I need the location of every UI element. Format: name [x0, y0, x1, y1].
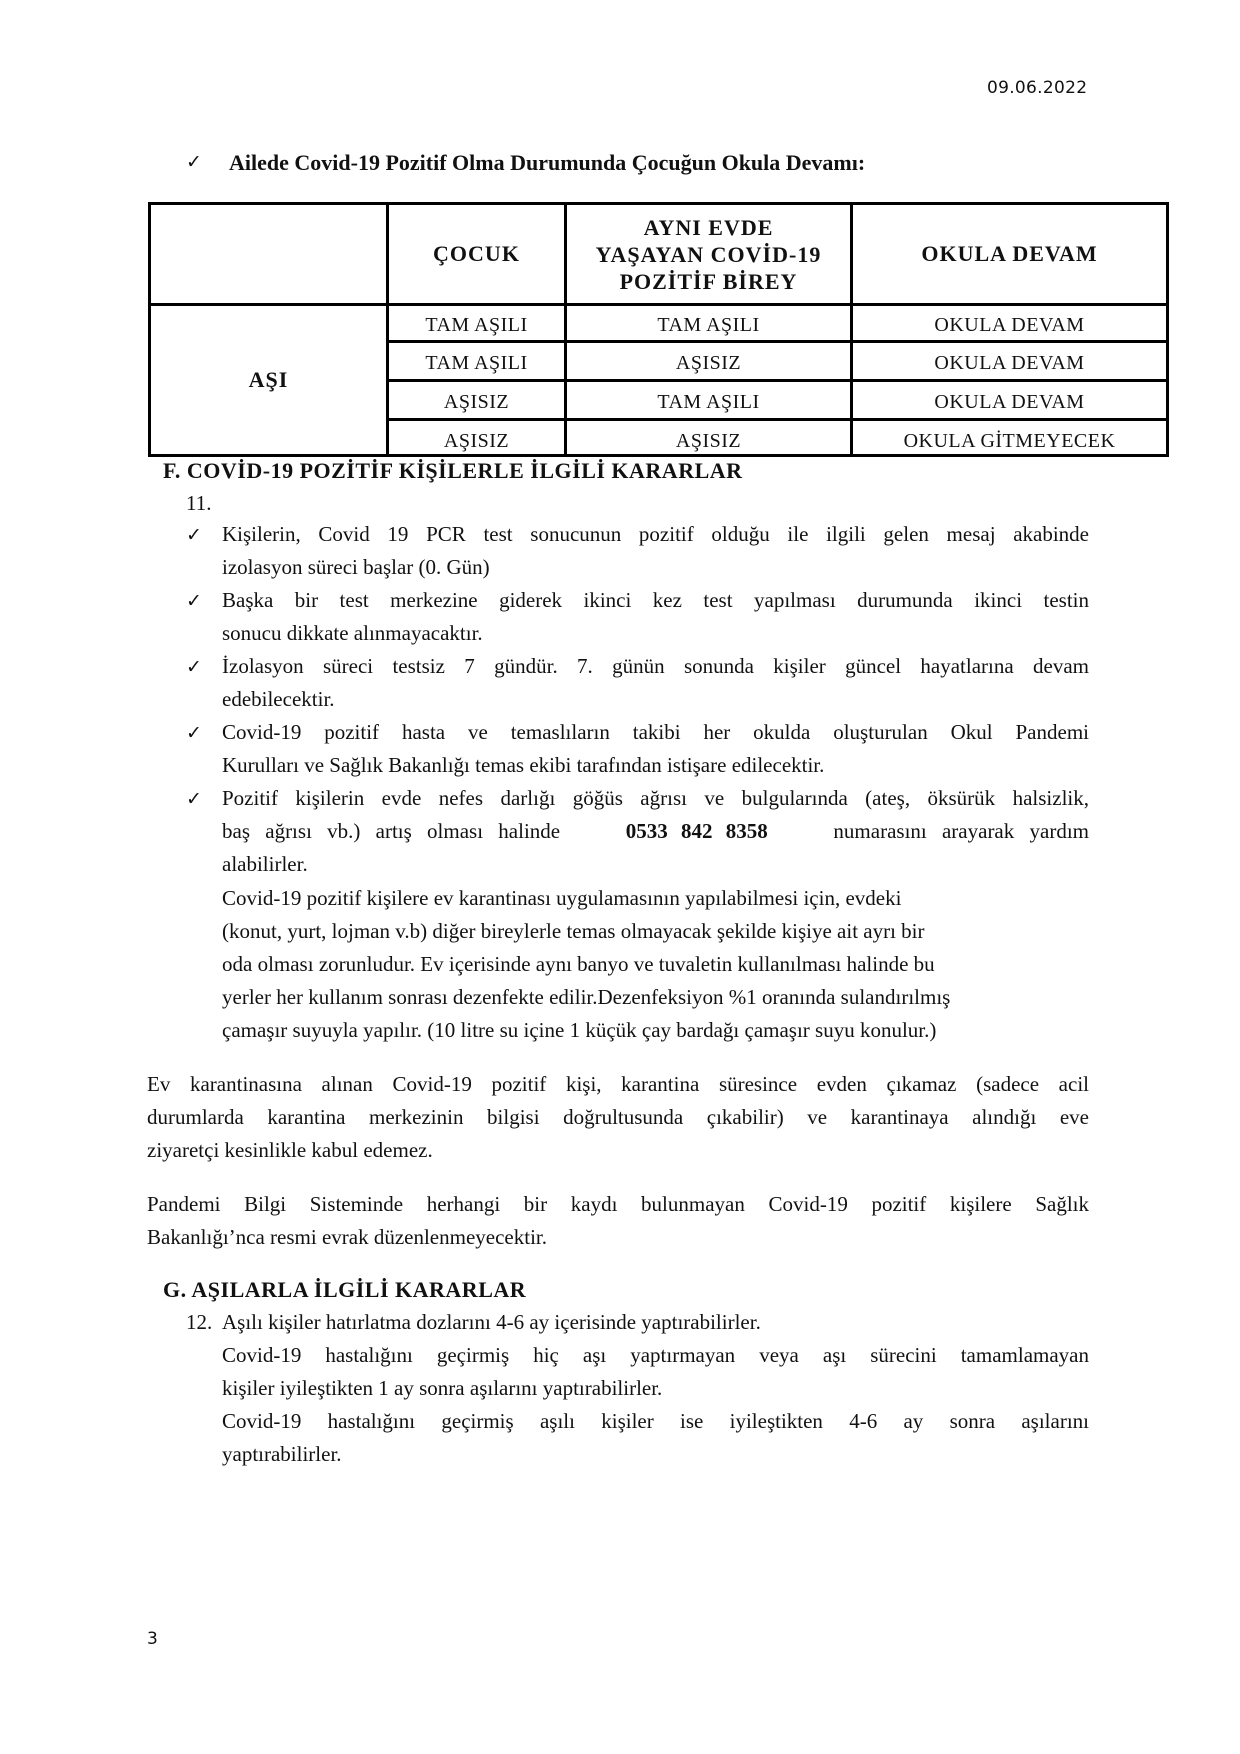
- paragraph-line: Covid-19 pozitif kişilere ev karantinası…: [222, 886, 901, 911]
- bullet-3-line-2: edebilecektir.: [222, 687, 335, 712]
- paragraph-line: durumlarda karantina merkezinin bilgisi …: [147, 1105, 1089, 1130]
- paragraph-line: çamaşır suyuyla yapılır. (10 litre su iç…: [222, 1018, 936, 1043]
- bullet-4-line-2: Kurulları ve Sağlık Bakanlığı temas ekib…: [222, 753, 824, 778]
- header-cell-child: ÇOCUK: [389, 205, 564, 303]
- bullet-5-line-2: baş ağrısı vb.) artış olması halinde 053…: [222, 819, 1089, 844]
- text: Covid-19 pozitif hasta ve temaslıların t…: [222, 720, 1089, 745]
- header-line: YAŞAYAN COVİD-19: [596, 241, 822, 268]
- table-cell: AŞISIZ: [567, 421, 850, 454]
- text: Ev karantinasına alınan Covid-19 pozitif…: [147, 1072, 1089, 1097]
- table-cell: OKULA DEVAM: [853, 343, 1166, 379]
- bullet-1-line-1: Kişilerin, Covid 19 PCR test sonucunun p…: [222, 522, 1089, 547]
- section-g-first-line: Aşılı kişiler hatırlatma dozlarını 4-6 a…: [222, 1310, 761, 1335]
- header-line: AYNI EVDE: [644, 214, 774, 241]
- text: numarasını arayarak yardım: [833, 819, 1089, 844]
- text: Başka bir test merkezine giderek ikinci …: [222, 588, 1089, 613]
- checkmark-icon: ✓: [186, 656, 202, 678]
- checkmark-icon: ✓: [186, 788, 202, 810]
- table-cell: TAM AŞILI: [389, 306, 564, 340]
- text: Pandemi Bilgi Sisteminde herhangi bir ka…: [147, 1192, 1089, 1217]
- bullet-5-line-3: alabilirler.: [222, 852, 308, 877]
- bullet-4-line-1: Covid-19 pozitif hasta ve temaslıların t…: [222, 720, 1089, 745]
- text: Kişilerin, Covid 19 PCR test sonucunun p…: [222, 522, 1089, 547]
- paragraph-line: oda olması zorunludur. Ev içerisinde ayn…: [222, 952, 935, 977]
- checkmark-icon: ✓: [186, 151, 202, 173]
- header-cell-household-positive: AYNI EVDE YAŞAYAN COVİD-19 POZİTİF BİREY: [567, 205, 850, 303]
- school-attendance-table: ÇOCUK AYNI EVDE YAŞAYAN COVİD-19 POZİTİF…: [148, 202, 1169, 456]
- table-cell: AŞISIZ: [389, 421, 564, 454]
- section-g-heading: G. AŞILARLA İLGİLİ KARARLAR: [163, 1277, 526, 1303]
- checkmark-icon: ✓: [186, 524, 202, 546]
- row-group-label: AŞI: [151, 306, 386, 454]
- table-cell: TAM AŞILI: [567, 306, 850, 340]
- page-number: 3: [147, 1629, 158, 1649]
- bullet-2-line-1: Başka bir test merkezine giderek ikinci …: [222, 588, 1089, 613]
- checkmark-icon: ✓: [186, 590, 202, 612]
- section-f-heading: F. COVİD-19 POZİTİF KİŞİLERLE İLGİLİ KAR…: [163, 458, 743, 484]
- text: İzolasyon süreci testsiz 7 gündür. 7. gü…: [222, 654, 1089, 679]
- paragraph-line: Ev karantinasına alınan Covid-19 pozitif…: [147, 1072, 1089, 1097]
- checkmark-icon: ✓: [186, 722, 202, 744]
- paragraph-line: ziyaretçi kesinlikle kabul edemez.: [147, 1138, 433, 1163]
- text: Covid-19 hastalığını geçirmiş hiç aşı ya…: [222, 1343, 1089, 1368]
- table-cell: OKULA DEVAM: [853, 382, 1166, 418]
- paragraph-line: yaptırabilirler.: [222, 1442, 342, 1467]
- header-line: POZİTİF BİREY: [620, 268, 798, 295]
- section-title-text: Ailede Covid-19 Pozitif Olma Durumunda Ç…: [229, 150, 865, 176]
- paragraph-line: kişiler iyileştikten 1 ay sonra aşıların…: [222, 1376, 662, 1401]
- item-number-12: 12.: [186, 1310, 212, 1335]
- paragraph-line: Pandemi Bilgi Sisteminde herhangi bir ka…: [147, 1192, 1089, 1217]
- table-cell: AŞISIZ: [389, 382, 564, 418]
- table-cell: TAM AŞILI: [389, 343, 564, 379]
- table-cell: TAM AŞILI: [567, 382, 850, 418]
- text: Covid-19 hastalığını geçirmiş aşılı kişi…: [222, 1409, 1089, 1434]
- table-cell: OKULA GİTMEYECEK: [853, 421, 1166, 454]
- text: baş ağrısı vb.) artış olması halinde: [222, 819, 560, 844]
- table-cell: AŞISIZ: [567, 343, 850, 379]
- bullet-1-line-2: izolasyon süreci başlar (0. Gün): [222, 555, 490, 580]
- document-date: 09.06.2022: [987, 78, 1087, 98]
- item-number-11: 11.: [186, 491, 211, 516]
- paragraph-line: Bakanlığı’nca resmi evrak düzenlenmeyece…: [147, 1225, 547, 1250]
- text: Pozitif kişilerin evde nefes darlığı göğ…: [222, 786, 1089, 811]
- bullet-5-line-1: Pozitif kişilerin evde nefes darlığı göğ…: [222, 786, 1089, 811]
- text: durumlarda karantina merkezinin bilgisi …: [147, 1105, 1089, 1130]
- paragraph-line: Covid-19 hastalığını geçirmiş hiç aşı ya…: [222, 1343, 1089, 1368]
- bullet-2-line-2: sonucu dikkate alınmayacaktır.: [222, 621, 483, 646]
- table-cell: OKULA DEVAM: [853, 306, 1166, 340]
- paragraph-line: yerler her kullanım sonrası dezenfekte e…: [222, 985, 950, 1010]
- helpline-phone-number: 0533 842 8358: [626, 819, 768, 844]
- paragraph-line: (konut, yurt, lojman v.b) diğer bireyler…: [222, 919, 925, 944]
- bullet-3-line-1: İzolasyon süreci testsiz 7 gündür. 7. gü…: [222, 654, 1089, 679]
- paragraph-line: Covid-19 hastalığını geçirmiş aşılı kişi…: [222, 1409, 1089, 1434]
- header-cell-attendance: OKULA DEVAM: [853, 205, 1166, 303]
